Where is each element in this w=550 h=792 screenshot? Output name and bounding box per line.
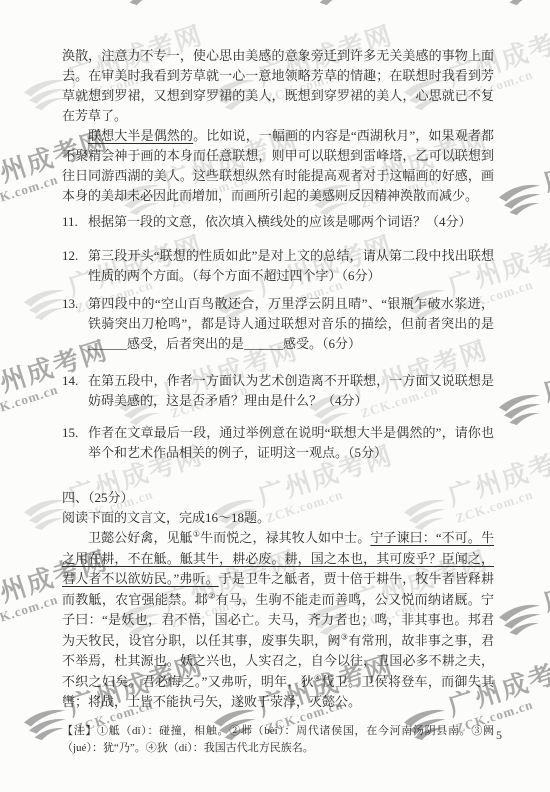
text-run: 【注】①觝（dǐ）：碰撞，相触。②邶（bèi）：周代诸侯国，在今河南汤阴县南。③… — [62, 725, 494, 754]
text-run: 牛而悦之，禄其牧人如中士。 — [200, 530, 370, 545]
underlined-text: 联想大半是偶然的 — [88, 128, 193, 143]
text-run: 涣散，注意力不专一，使心思由美感的意象旁迁到许多无关美感的事物上面去。在审美时我… — [62, 48, 494, 123]
text-run: 在第五段中，作者一方面认为艺术创造离不开联想，一方面又说联想是妨碍美感的，这是否… — [88, 373, 494, 408]
exam-content: 涣散，注意力不专一，使心思由美感的意象旁迁到许多无关美感的事物上面去。在审美时我… — [0, 0, 550, 757]
text-run: 卫懿公好禽，见觝 — [88, 530, 193, 545]
question-number: 12. — [62, 246, 78, 266]
section-four-heading: 四、（25分） — [62, 488, 494, 508]
passage-notes: 【注】①觝（dǐ）：碰撞，相触。②邶（bèi）：周代诸侯国，在今河南汤阴县南。③… — [62, 723, 494, 757]
reading-paragraph-association: 联想大半是偶然的。比如说，一幅画的内容是“西湖秋月”，如果观者都不聚精会神于画的… — [62, 126, 494, 206]
page-number: 5 — [496, 728, 502, 743]
question-number: 14. — [62, 371, 78, 391]
question-11: 11.根据第一段的文意，依次填入横线处的应该是哪两个词语？（4分） — [62, 212, 494, 232]
text-run: 感受。（6分） — [283, 336, 361, 351]
question-13: 13.第四段中的“空山百鸟散还合，万里浮云阴且晴”、“银瓶乍破水浆迸，铁骑突出刀… — [62, 294, 494, 354]
reading-paragraph-continuation: 涣散，注意力不专一，使心思由美感的意象旁迁到许多无关美感的事物上面去。在审美时我… — [62, 46, 494, 126]
question-number: 13. — [62, 294, 78, 314]
text-run: ______ — [244, 336, 283, 351]
question-text: 在第五段中，作者一方面认为艺术创造离不开联想，一方面又说联想是妨碍美感的，这是否… — [88, 373, 494, 408]
question-list: 11.根据第一段的文意，依次填入横线处的应该是哪两个词语？（4分）12.第三段开… — [62, 212, 494, 463]
question-text: 第四段中的“空山百鸟散还合，万里浮云阴且晴”、“银瓶乍破水浆迸，铁骑突出刀枪鸣”… — [88, 296, 494, 351]
passage-instruction: 阅读下面的文言文，完成16～18题。 — [62, 508, 494, 528]
classical-passage: 卫懿公好禽，见觝①牛而悦之，禄其牧人如中士。宁子谏曰：“不可。牛之用在耕，不在觝… — [62, 528, 494, 713]
text-run: 感受，后者突出的是 — [127, 336, 244, 351]
question-text: 第三段开头“联想的性质如此”是对上文的总结，请从第二段中找出联想性质的两个方面。… — [88, 248, 494, 283]
question-15: 15.作者在文章最后一段，通过举例意在说明“联想大半是偶然的”，请你也举个和艺术… — [62, 423, 494, 463]
text-run: 第四段中的“空山百鸟散还合，万里浮云阴且晴”、“银瓶乍破水浆迸，铁骑突出刀枪鸣”… — [88, 296, 494, 331]
text-run: ______ — [88, 336, 127, 351]
question-number: 11. — [62, 212, 78, 232]
text-run: 第三段开头“联想的性质如此”是对上文的总结，请从第二段中找出联想性质的两个方面。… — [88, 248, 494, 283]
exam-page: 广州成考网ZCK.com.cn广州成考网ZCK.com.cn广州成考网ZCK.c… — [0, 0, 550, 792]
question-12: 12.第三段开头“联想的性质如此”是对上文的总结，请从第二段中找出联想性质的两个… — [62, 246, 494, 286]
text-run: 作者在文章最后一段，通过举例意在说明“联想大半是偶然的”，请你也举个和艺术作品相… — [88, 425, 494, 460]
question-14: 14.在第五段中，作者一方面认为艺术创造离不开联想，一方面又说联想是妨碍美感的，… — [62, 371, 494, 411]
question-number: 15. — [62, 423, 78, 443]
note-ref-superscript: ① — [193, 530, 200, 539]
question-text: 根据第一段的文意，依次填入横线处的应该是哪两个词语？（4分） — [88, 214, 472, 229]
text-run: 根据第一段的文意，依次填入横线处的应该是哪两个词语？（4分） — [88, 214, 472, 229]
question-text: 作者在文章最后一段，通过举例意在说明“联想大半是偶然的”，请你也举个和艺术作品相… — [88, 425, 494, 460]
note-ref-superscript: ④ — [314, 673, 321, 682]
